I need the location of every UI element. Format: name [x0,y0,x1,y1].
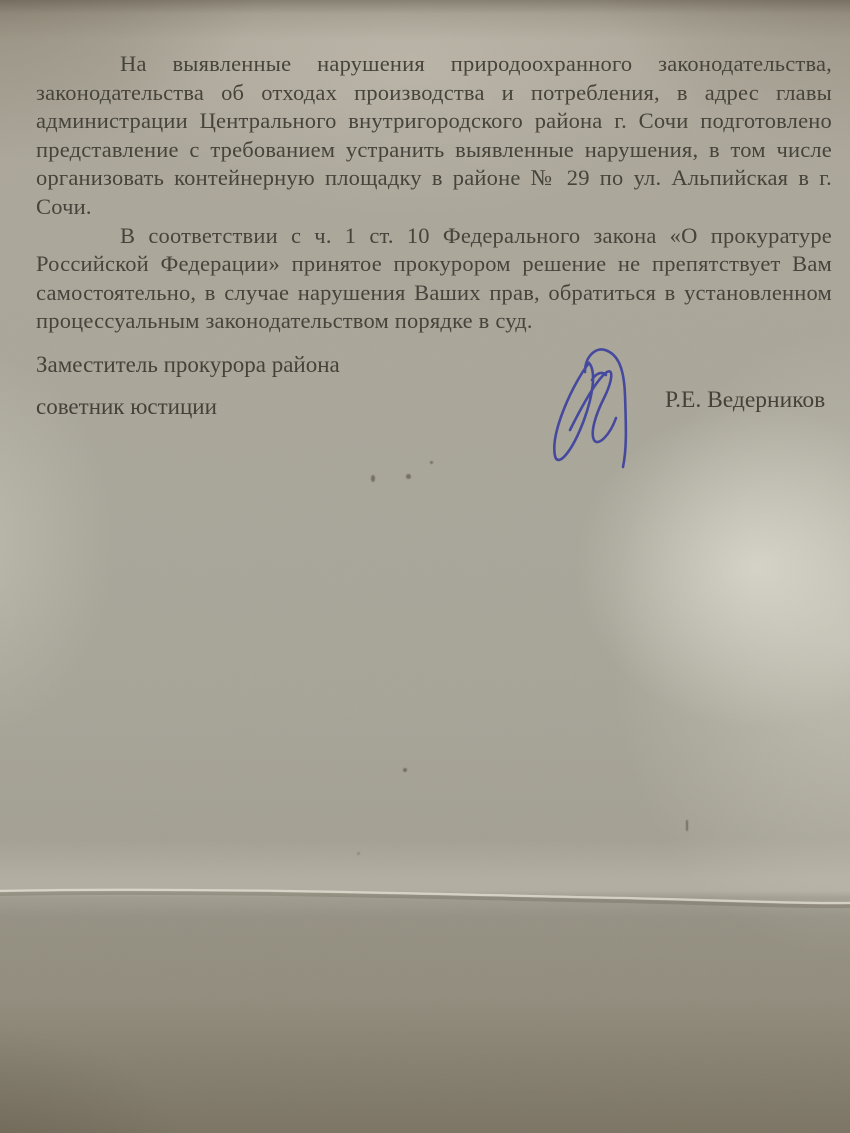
dust-speck [357,852,360,855]
photographed-document: На выявленные нарушения природоохранного… [0,0,850,1133]
dust-speck [430,461,433,464]
document-line: На выявленные нарушения природоохранного… [36,50,832,79]
document-line: представление с требованием устранить вы… [36,136,832,165]
document-line: процессуальным законодательством порядке… [36,307,832,336]
document-line: самостоятельно, в случае нарушения Ваших… [36,279,832,308]
document-line: законодательства об отходах производства… [36,79,832,108]
handwritten-signature [535,338,665,483]
signer-position-line2: советник юстиции [36,394,217,420]
document-line: Сочи. [36,193,832,222]
signer-position-line1: Заместитель прокурора района [36,352,340,378]
document-body: На выявленные нарушения природоохранного… [36,50,832,336]
dust-speck [371,475,375,482]
document-line: администрации Центрального внутригородск… [36,107,832,136]
document-line: В соответствии с ч. 1 ст. 10 Федеральног… [36,222,832,251]
dust-speck [406,474,411,479]
dust-speck [403,768,407,772]
document-line: Российской Федерации» принятое прокуроро… [36,250,832,279]
signer-name: Р.Е. Ведерников [665,387,825,414]
dust-speck [686,820,688,831]
document-line: организовать контейнерную площадку в рай… [36,164,832,193]
